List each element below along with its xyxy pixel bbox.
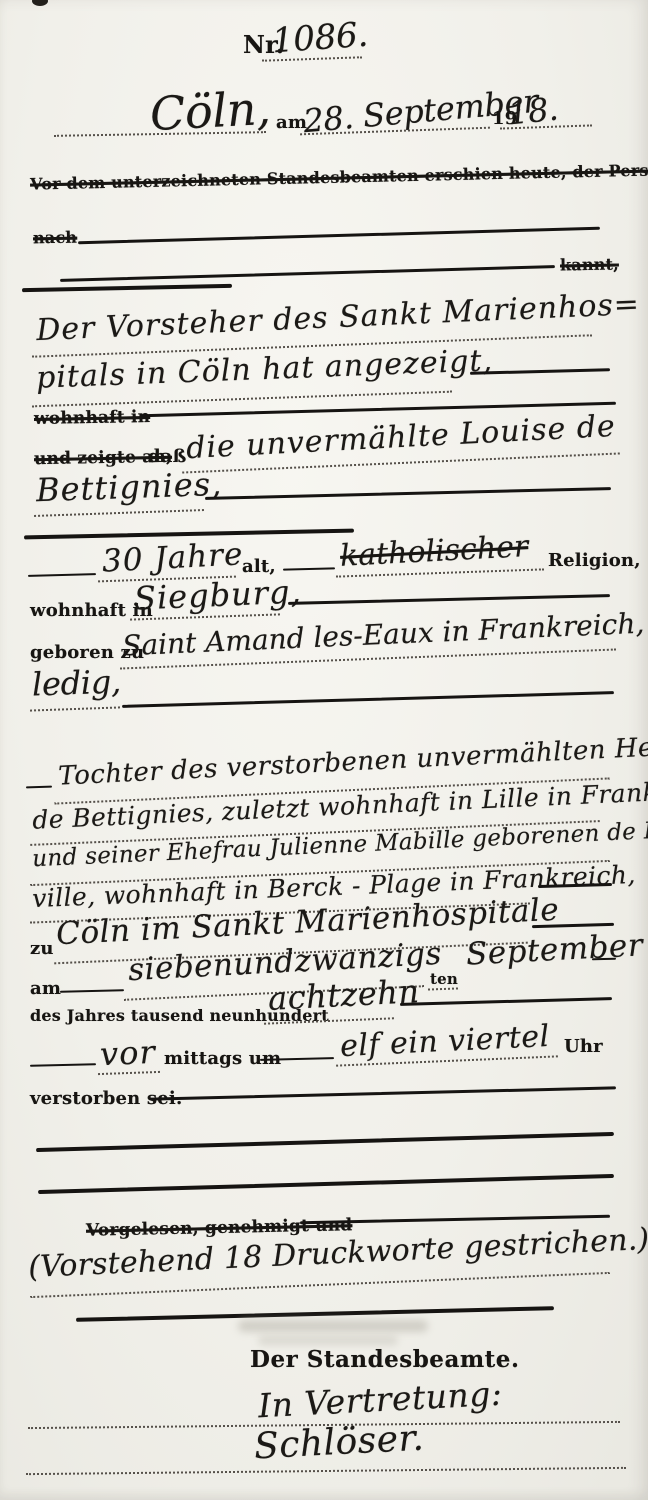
signature-dots: [26, 1467, 626, 1475]
declaration-line1: Der Vorsteher des Sankt Marienhos=: [36, 287, 641, 348]
time-left-filler: [30, 1063, 96, 1067]
time-prefix-value: vor: [99, 1033, 156, 1073]
deceased-line2-dots: [34, 509, 204, 517]
ruled-line-a: [22, 284, 232, 292]
deceased-name-line2: Bettignies,: [35, 465, 222, 509]
wohnhaft-struck: wohnhaft in: [34, 407, 151, 429]
deceased-filler: [205, 487, 611, 500]
strike-line-1: [78, 227, 600, 245]
death-day-label: am: [30, 978, 61, 999]
record-number-value: 1086.: [271, 15, 369, 62]
registrar-signature: Schlöser.: [253, 1418, 425, 1468]
closing-filler: [150, 1086, 616, 1100]
parents-dash: [26, 786, 52, 789]
age-left-filler: [28, 573, 96, 577]
representation-note: In Vertretung:: [257, 1374, 503, 1426]
death-day-left-filler: [60, 989, 124, 993]
preamble-struck-line1: Vor dem unterzeichneten Standesbeamten e…: [30, 161, 616, 193]
death-year-filler: [400, 997, 612, 1006]
age-value: 30 Jahre: [101, 536, 244, 579]
marital-status-value: ledig,: [31, 662, 121, 703]
marital-filler: [122, 691, 614, 708]
preamble-struck-nach: nach: [33, 228, 78, 248]
ink-bleedthrough-2: [258, 1336, 398, 1345]
preamble-struck-kannt: kannt,: [560, 254, 619, 274]
death-month-value: September: [465, 927, 644, 972]
time-mid-filler: [260, 1057, 334, 1061]
death-record-page: Nr. 1086. Cöln, am 28. September 19 18. …: [0, 0, 648, 1500]
blank-rule-1: [36, 1132, 614, 1152]
dass-label: daß: [148, 446, 187, 467]
death-year-value: achtzehn: [267, 972, 420, 1018]
registrar-title: Der Standesbeamte.: [250, 1346, 519, 1373]
religion-value: katholischer: [339, 529, 529, 574]
religion-label: Religion,: [548, 550, 641, 571]
birthplace-value: Saint Amand les-Eaux in Frankreich,: [122, 607, 645, 663]
marital-dots: [30, 706, 120, 711]
death-day-suffix-dots: [428, 987, 458, 990]
ruled-line-b: [24, 529, 354, 540]
blank-rule-2: [38, 1174, 614, 1194]
residence-filler: [288, 594, 610, 605]
religion-left-filler: [283, 567, 335, 570]
deceased-name-line1: die unvermählte Louise de: [185, 409, 616, 466]
strike-line-2: [60, 265, 555, 282]
death-place-label: zu: [30, 938, 54, 959]
time-uhr-label: Uhr: [564, 1036, 603, 1057]
scan-artifact: [32, 0, 48, 6]
residence-value: Siegburg,: [133, 572, 302, 617]
declaration-line2: pitals in Cöln hat angezeigt,: [35, 343, 493, 396]
death-day-suffix: ten: [430, 970, 458, 988]
ink-bleedthrough: [238, 1320, 428, 1332]
